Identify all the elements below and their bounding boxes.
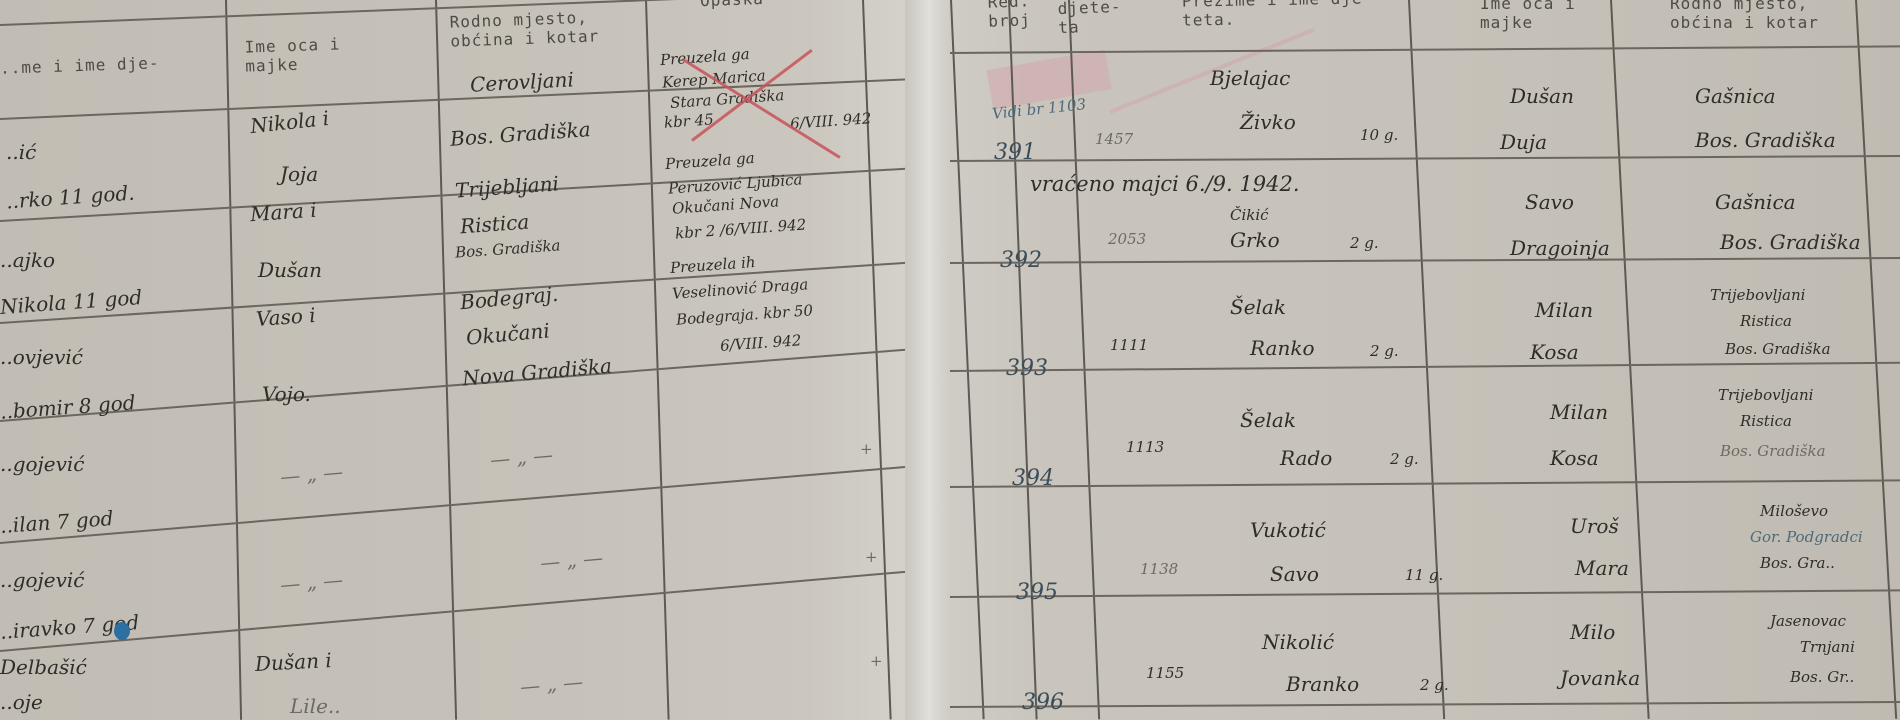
birthplace: Bos. Gradiška xyxy=(1725,340,1831,358)
birthplace: Bos. Gradiška xyxy=(1720,442,1826,460)
child-age: 11 g. xyxy=(1405,566,1443,584)
father-name: Savo xyxy=(1525,190,1574,214)
header-parents: Ime oca i majke xyxy=(1480,0,1576,32)
row-rule xyxy=(0,465,917,544)
ditto-mark: — „ — xyxy=(489,442,554,471)
register-number: 394 xyxy=(1012,466,1054,491)
remark-line: Preuzela ga xyxy=(664,149,755,173)
parent-names: Nikola i xyxy=(249,106,330,138)
child-name: Živko xyxy=(1240,110,1296,134)
remark-line: Bodegraja. kbr 50 xyxy=(676,301,814,329)
child-number: 2053 xyxy=(1108,230,1146,248)
birthplace: Cerovljani xyxy=(469,67,574,96)
parent-names: Vaso i xyxy=(255,303,316,331)
child-number: 1138 xyxy=(1140,560,1178,578)
row-rule xyxy=(0,348,917,422)
mother-name: Kosa xyxy=(1550,446,1599,470)
mother-name: Kosa xyxy=(1530,340,1579,364)
child-age: 10 g. xyxy=(1360,126,1398,144)
father-name: Uroš xyxy=(1570,514,1619,538)
return-annotation: vraćeno majci 6./9. 1942. xyxy=(1030,172,1300,196)
left-ledger-page: ..me i ime dje- Ime oca i majke Rodno mj… xyxy=(0,0,920,720)
child-age: 2 g. xyxy=(1390,450,1419,468)
row-rule xyxy=(950,479,1900,488)
header-child-name: Prezime i ime dje- teta. xyxy=(1182,0,1374,30)
child-surname: ..ovjević xyxy=(0,345,83,369)
child-name: ..bomir 8 god xyxy=(0,390,136,423)
child-age: 2 g. xyxy=(1370,342,1399,360)
remark-line: 6/VIII. 942 xyxy=(789,109,871,133)
register-number: 393 xyxy=(1006,356,1048,381)
column-rule xyxy=(1855,0,1897,719)
birthplace: Trijebovljani xyxy=(1710,286,1805,304)
remark-line: + xyxy=(870,652,883,670)
column-rule xyxy=(1610,0,1650,719)
child-name: Savo xyxy=(1270,562,1319,586)
child-surname: ..gojević xyxy=(0,452,85,476)
child-surname: Šelak xyxy=(1240,408,1296,432)
row-rule xyxy=(950,155,1900,162)
birthplace: Ristica xyxy=(1740,312,1792,330)
child-number: 1155 xyxy=(1146,664,1184,682)
parent-names: Lile.. xyxy=(290,694,341,718)
header-birthplace: Rodno mjesto, obćina i kotar xyxy=(449,7,599,50)
birthplace: Bos. Gr.. xyxy=(1790,668,1854,686)
remark-line: Veselinović Draga xyxy=(672,275,809,302)
row-rule xyxy=(950,701,1900,708)
child-name: ..oje xyxy=(0,690,43,714)
child-name: ..rko 11 god. xyxy=(5,181,135,214)
child-surname: Šelak xyxy=(1230,295,1286,319)
birthplace: Bos. Gradiška xyxy=(455,236,562,261)
right-ledger-page: Red. broj djete- ta Prezime i ime dje- t… xyxy=(950,0,1900,720)
birthplace: Trijebljani xyxy=(454,171,559,202)
child-number: 1111 xyxy=(1110,336,1148,354)
header-birthplace: Rodno mjesto, obćina i kotar xyxy=(1670,0,1819,32)
birthplace: Bos. Gra.. xyxy=(1760,554,1835,572)
birthplace: Trijebovljani xyxy=(1718,386,1813,404)
birthplace: Bos. Gradiška xyxy=(1695,128,1836,152)
parent-names: Joja xyxy=(280,162,318,186)
father-name: Milan xyxy=(1535,298,1593,322)
mother-name: Jovanka xyxy=(1560,666,1640,690)
child-age: 2 g. xyxy=(1420,676,1449,694)
child-age: 2 g. xyxy=(1350,234,1379,252)
birthplace: Nova Gradiška xyxy=(461,354,613,391)
mother-name: Mara xyxy=(1575,556,1629,580)
child-surname: Delbašić xyxy=(0,655,87,679)
child-name: Ranko xyxy=(1250,336,1314,360)
header-parents: Ime oca i majke xyxy=(244,34,341,75)
ditto-mark: — „ — xyxy=(279,567,344,596)
parent-names: Vojo. xyxy=(262,382,311,406)
birthplace: Gor. Podgradci xyxy=(1750,528,1863,546)
remark-line: 6/VIII. 942 xyxy=(719,331,801,355)
child-number: 1457 xyxy=(1095,130,1133,148)
birthplace: Bos. Gradiška xyxy=(449,117,591,151)
column-rule xyxy=(1408,0,1445,719)
child-surname: ..gojević xyxy=(0,568,85,592)
parent-names: Mara i xyxy=(249,198,317,227)
ditto-mark: — „ — xyxy=(279,459,344,488)
remark-line: + xyxy=(865,548,878,566)
birthplace: Ristica xyxy=(459,210,530,239)
birthplace: Jasenovac xyxy=(1770,612,1846,630)
child-name: Rado xyxy=(1280,446,1332,470)
birthplace: Bodegraj. xyxy=(459,282,559,314)
blue-ink-blot xyxy=(114,622,130,640)
mother-name: Dragoinja xyxy=(1510,236,1610,260)
child-number: 1113 xyxy=(1126,438,1164,456)
child-surname: Vukotić xyxy=(1250,518,1326,542)
register-number: 396 xyxy=(1022,690,1064,715)
child-surname: ..ić xyxy=(6,140,36,164)
header-reg-no: Red. broj xyxy=(987,0,1031,31)
father-name: Dušan xyxy=(1510,84,1574,108)
column-rule xyxy=(862,0,892,719)
child-surname: Bjelajac xyxy=(1210,66,1290,90)
birthplace: Gašnica xyxy=(1695,84,1776,108)
parent-names: Dušan xyxy=(258,258,322,282)
child-surname: Nikolić xyxy=(1262,630,1334,654)
birthplace: Ristica xyxy=(1740,412,1792,430)
column-rule xyxy=(950,0,985,719)
birthplace: Bos. Gradiška xyxy=(1720,230,1861,254)
ditto-mark: — „ — xyxy=(519,669,584,698)
father-name: Milo xyxy=(1570,620,1615,644)
ditto-mark: — „ — xyxy=(539,545,604,574)
father-name: Milan xyxy=(1550,400,1608,424)
remark-line: kbr 2 /6/VIII. 942 xyxy=(675,215,807,242)
child-surname: Čikić xyxy=(1230,206,1269,224)
register-number: 392 xyxy=(1000,248,1042,273)
mother-name: Duja xyxy=(1500,130,1547,154)
header-rule xyxy=(950,45,1900,54)
row-rule xyxy=(950,257,1900,264)
column-rule xyxy=(645,0,670,720)
child-surname: ..ajko xyxy=(0,248,55,272)
birthplace: Trnjani xyxy=(1800,638,1855,656)
birthplace: Gašnica xyxy=(1715,190,1796,214)
register-number: 391 xyxy=(994,140,1036,165)
header-child-no: djete- ta xyxy=(1057,0,1122,37)
remark-line: Peruzović Ljubica xyxy=(668,170,803,197)
birthplace: Okučani xyxy=(465,318,551,349)
header-remarks: Opaska xyxy=(700,0,764,10)
child-name: Branko xyxy=(1286,672,1359,696)
register-number: 395 xyxy=(1016,580,1058,605)
birthplace: Miloševo xyxy=(1760,502,1828,520)
remark-line: + xyxy=(860,440,873,458)
child-name: Grko xyxy=(1230,228,1280,252)
parent-names: Dušan i xyxy=(254,648,332,676)
header-child-name: ..me i ime dje- xyxy=(0,53,160,78)
remark-line: Preuzela ga xyxy=(659,45,750,69)
